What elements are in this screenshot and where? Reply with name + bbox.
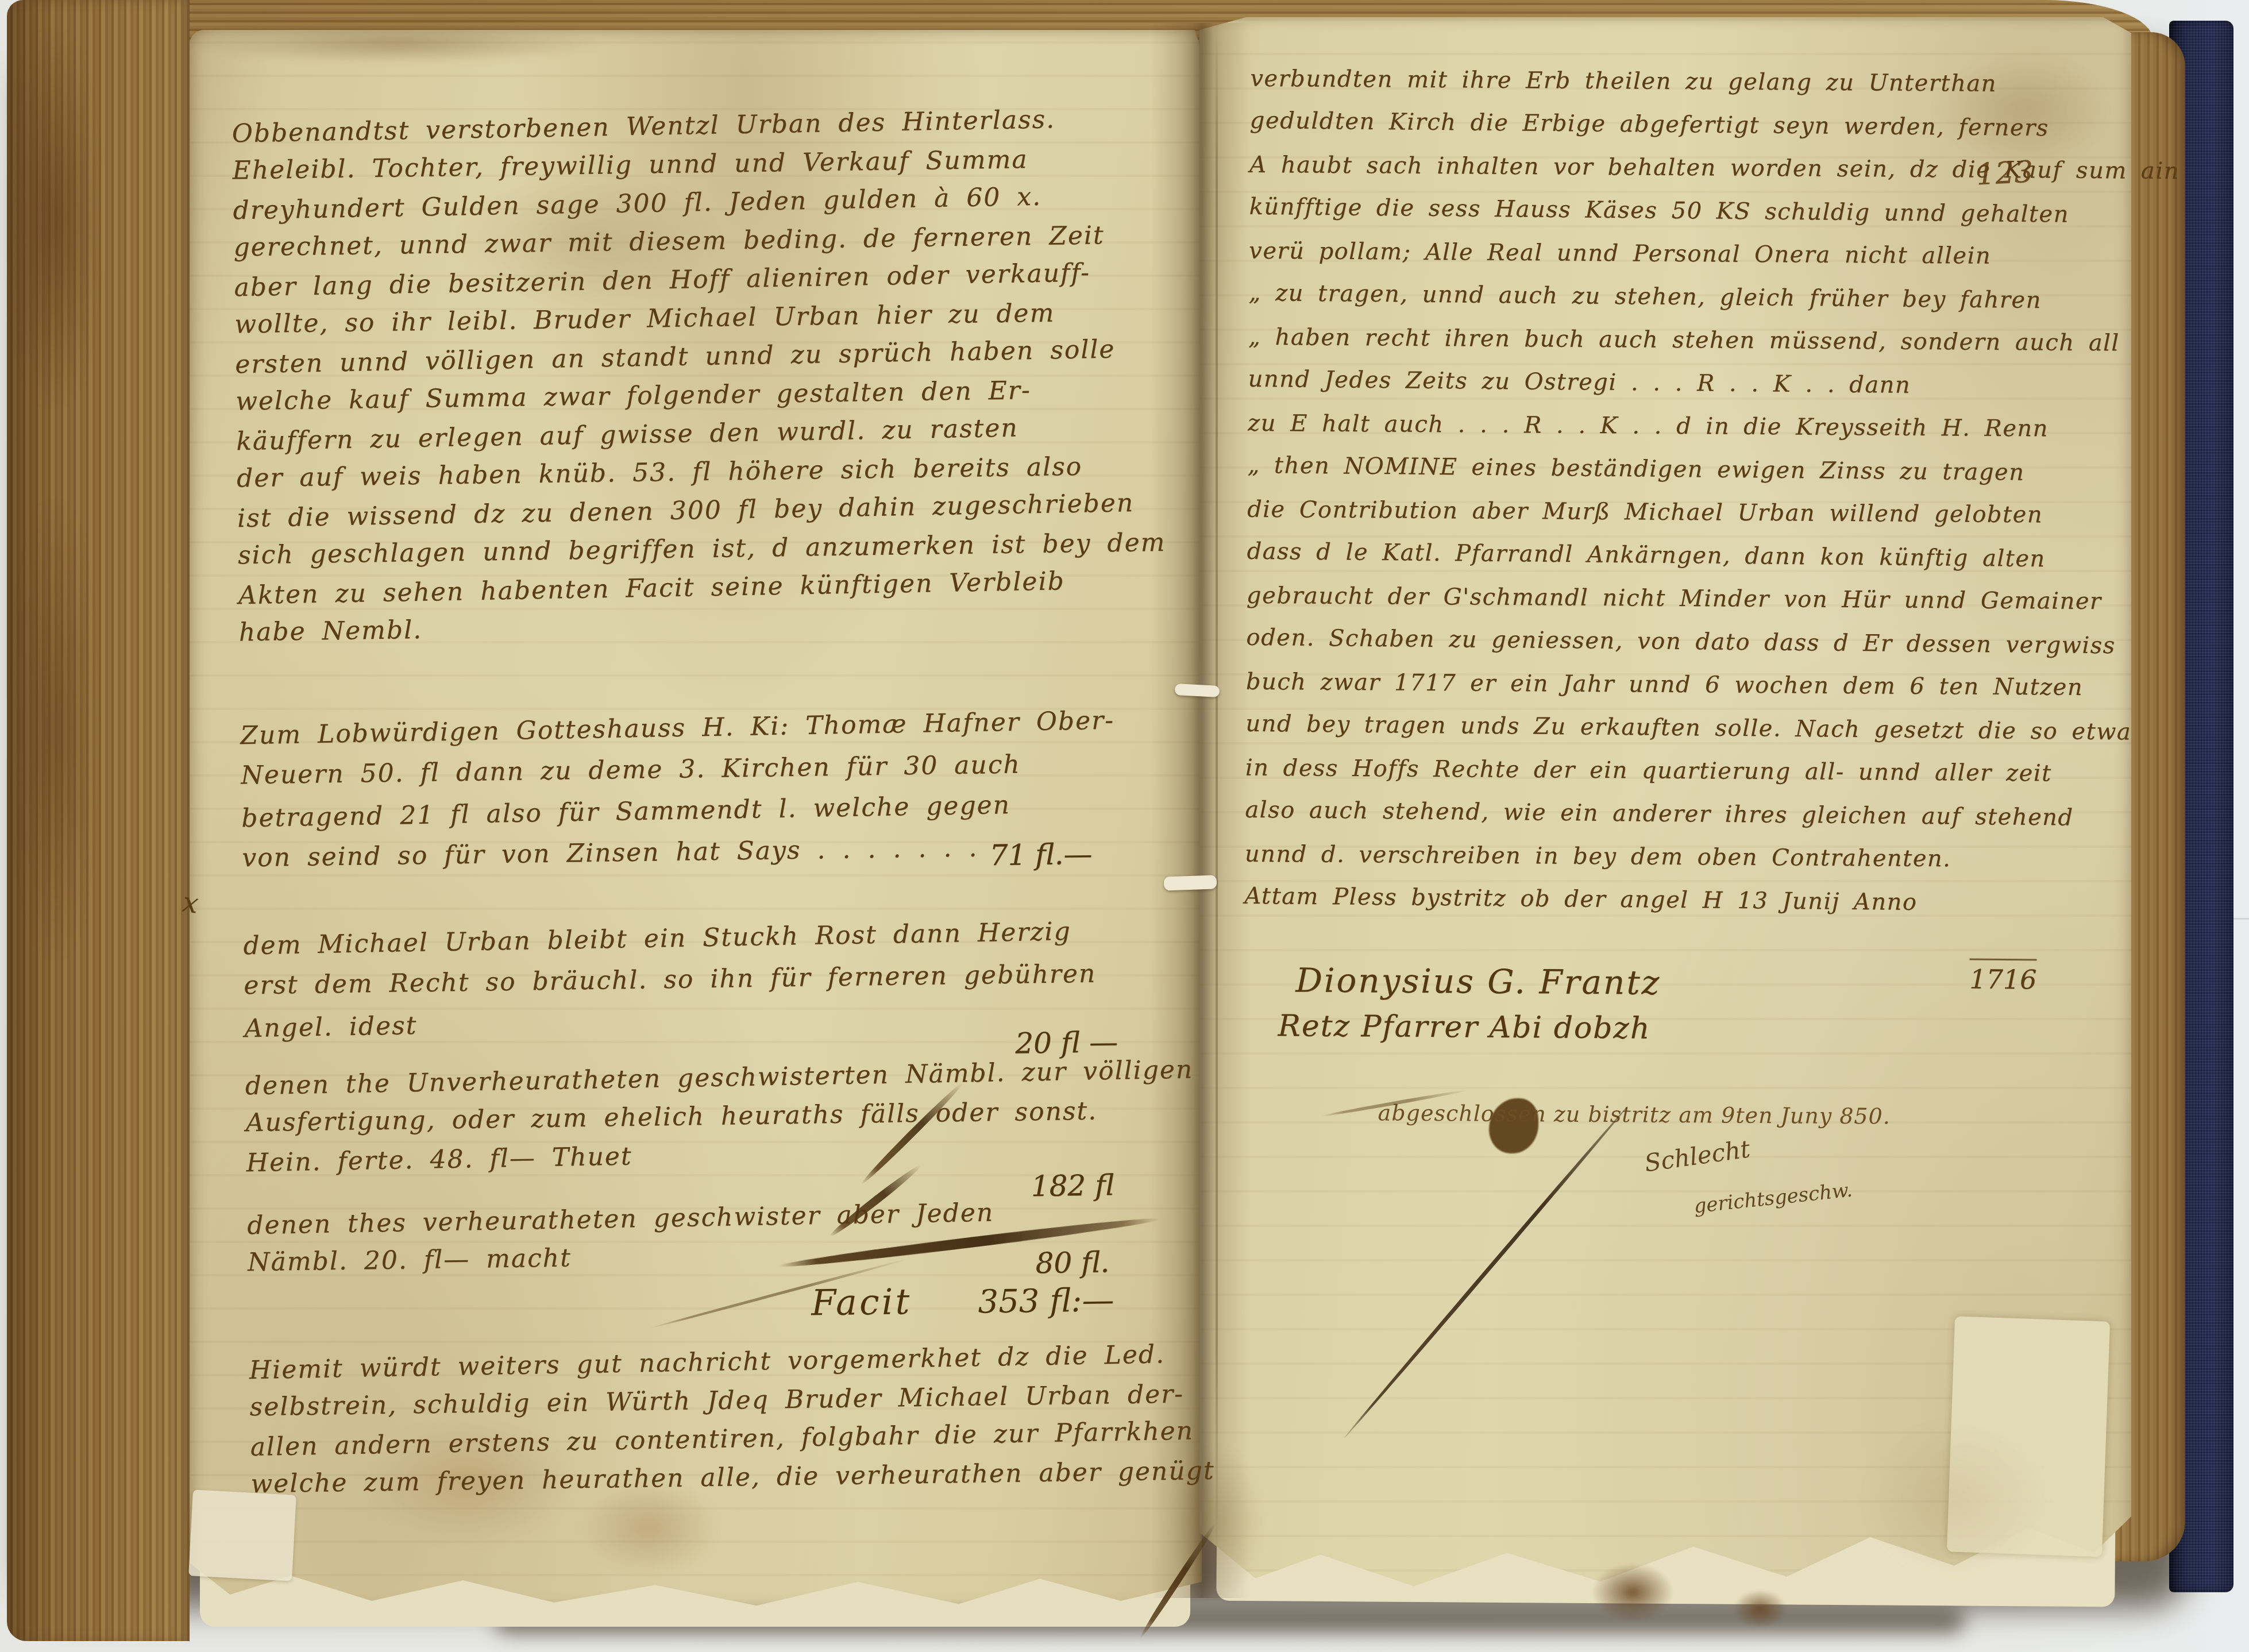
right-page-text: verbundten mit ihre Erb theilen zu gelan… <box>1243 57 2112 1130</box>
handwritten-line: „ zu tragen, unnd auch zu stehen, gleich… <box>1248 272 2111 323</box>
handwritten-line: „ then NOMINE eines beständigen ewigen Z… <box>1247 444 2109 495</box>
facit-total-row: Facit 353 fl:— <box>811 1277 1185 1331</box>
handwritten-line: künfftige die sess Hauss Käses 50 KS sch… <box>1249 186 2111 237</box>
handwritten-line: dass d le Katl. Pfarrandl Ankärngen, dan… <box>1247 530 2109 581</box>
handwritten-line: verbundten mit ihre Erb theilen zu gelan… <box>1250 57 2112 106</box>
handwritten-line: und bey tragen unds Zu erkauften solle. … <box>1245 703 2108 754</box>
facit-label: Facit <box>811 1280 912 1323</box>
handwritten-line: in dess Hoffs Rechte der ein quartierung… <box>1245 747 2107 796</box>
handwritten-line: oden. Schaben zu geniessen, von dato das… <box>1246 616 2108 667</box>
handwritten-line: buch zwar 1717 er ein Jahr unnd 6 wochen… <box>1246 661 2108 709</box>
anno-year: 1716 <box>1969 959 2037 995</box>
handwritten-line: also auch stehend, wie ein anderer ihres… <box>1245 789 2107 840</box>
handwritten-line: A haubt sach inhalten vor behalten worde… <box>1249 144 2111 192</box>
handwritten-line: verü pollam; Alle Real unnd Personal One… <box>1249 230 2111 279</box>
facit-total-value: 353 fl:— <box>978 1282 1114 1321</box>
handwritten-line: Attam Pless bystritz ob der angel H 13 J… <box>1244 875 2107 926</box>
entry-unmarried-siblings: denen the Unverheuratheten geschwisterte… <box>245 1052 1183 1181</box>
handwritten-line: gebraucht der G'schmandl nicht Minder vo… <box>1247 574 2108 623</box>
signature-pfarrer: Retz Pfarrer Abi dobzh <box>1278 1009 2105 1049</box>
left-main-paragraph: Obbenandtst verstorbenen Wentzl Urban de… <box>232 100 1175 652</box>
amount-church: 71 fl.— <box>989 837 1093 872</box>
left-bottom-paragraph: Hiemit würdt weiters gut nachricht vorge… <box>249 1337 1187 1504</box>
handwritten-line: zu E halt auch . . . R . . K . . d in di… <box>1248 402 2109 451</box>
handwritten-line: geduldten Kirch die Erbige abgefertigt s… <box>1249 99 2112 150</box>
amount-married: 80 fl. <box>1035 1245 1110 1280</box>
handwritten-line: unnd Jedes Zeits zu Ostregi . . . R . . … <box>1248 358 2110 409</box>
handwritten-line: „ haben recht ihren buch auch stehen müs… <box>1248 316 2110 365</box>
entry-church-bequest: Zum Lobwürdigen Gotteshauss H. Ki: Thomæ… <box>240 701 1179 879</box>
left-page-text: Obbenandtst verstorbenen Wentzl Urban de… <box>232 100 1187 1504</box>
entry-michael-urban: dem Michael Urban bleibt ein Stuckh Rost… <box>243 911 1181 1048</box>
closing-note: abgeschlossen zu bistritz am 9ten Juny 8… <box>1378 1100 2105 1130</box>
left-page-edge-stack <box>7 0 190 1641</box>
entry-married-siblings: denen thes verheuratheten geschwister ab… <box>247 1192 1185 1282</box>
binding-stitch <box>1175 684 1220 697</box>
handwritten-line: die Contribution aber Murß Michael Urban… <box>1247 488 2109 537</box>
right-main-paragraph: verbundten mit ihre Erb theilen zu gelan… <box>1244 57 2112 925</box>
handwritten-line: unnd d. verschreiben in bey dem oben Con… <box>1245 833 2107 882</box>
